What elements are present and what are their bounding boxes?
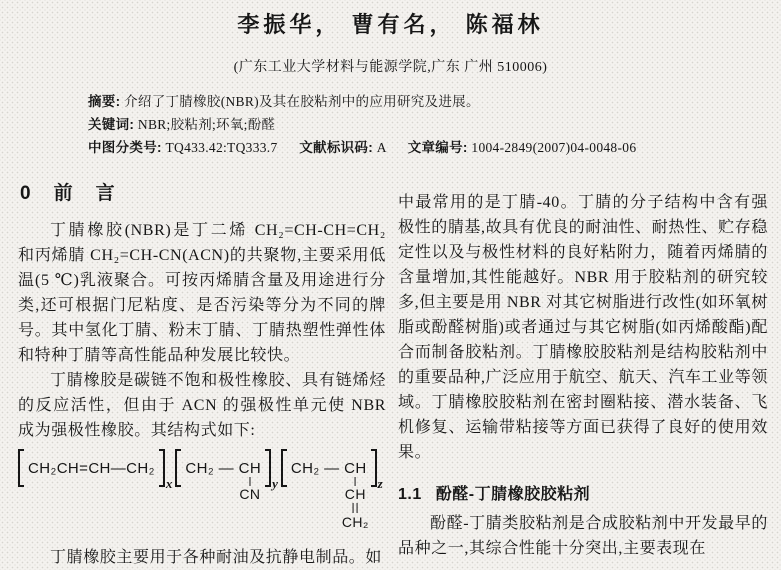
pendant-vinyl: CH CH₂ <box>342 477 369 530</box>
paragraph-intro-2: 丁腈橡胶是碳链不饱和极性橡胶、具有链烯烃的反应活性，但由于 ACN 的强极性单元… <box>18 368 386 443</box>
keywords-label: 关键词: <box>88 117 134 132</box>
nbr-structure-formula: CH₂CH=CH—CH₂ x CH₂ — CH CN <box>18 449 386 545</box>
formula-text: CH₂ — CH CN <box>181 460 265 477</box>
section-1-1-heading: 1.1酚醛-丁腈橡胶胶粘剂 <box>398 481 768 504</box>
section-number: 1.1 <box>398 486 422 503</box>
keywords-text: NBR;胶粘剂;环氧;酚醛 <box>138 117 275 132</box>
right-column: 中最常用的是丁腈-40。丁腈的分子结构中含有强极性的腈基,故具有优良的耐油性、耐… <box>398 190 768 561</box>
pendant-nitrile: CN <box>239 477 260 502</box>
paragraph-phenolic-nbr: 酚醛-丁腈类胶粘剂是合成胶粘剂中开发最早的品种之一,其综合性能十分突出,主要表现… <box>398 511 768 561</box>
doc-code-value: A <box>377 140 386 155</box>
subscript-z: z <box>378 476 383 492</box>
formula-ch: CH <box>239 460 261 477</box>
formula-text-left: CH₂ — <box>291 460 340 477</box>
double-bond <box>353 503 358 513</box>
formula-text: CH₂ — CH CH CH₂ <box>287 460 371 477</box>
abstract-text: 介绍了丁腈橡胶(NBR)及其在胶粘剂中的应用研究及进展。 <box>124 94 480 109</box>
paragraph-applications: 丁腈橡胶主要用于各种耐油及抗静电制品。如 <box>18 545 386 570</box>
pendant-cn: CN <box>239 486 260 502</box>
formula-unit-acrylonitrile: CH₂ — CH CN y <box>175 449 277 487</box>
formula-text: CH₂CH=CH—CH₂ <box>24 460 159 477</box>
scanned-paper-page: 李振华， 曹有名， 陈福林 (广东工业大学材料与能源学院,广东 广州 51000… <box>0 0 781 570</box>
formula-text-left: CH₂ — <box>185 460 234 477</box>
single-bond <box>355 477 356 486</box>
subscript-x: x <box>166 476 173 492</box>
pendant-ch2: CH₂ <box>342 514 369 530</box>
article-no-label: 文章编号: <box>408 140 468 155</box>
affiliation-line: (广东工业大学材料与能源学院,广东 广州 510006) <box>0 56 781 76</box>
clc-label: 中图分类号: <box>88 140 162 155</box>
formula-ch: CH <box>344 460 366 477</box>
doc-code-label: 文献标识码: <box>299 140 373 155</box>
paragraph-continued: 中最常用的是丁腈-40。丁腈的分子结构中含有强极性的腈基,故具有优良的耐油性、耐… <box>398 190 768 465</box>
meta-block: 摘要: 介绍了丁腈橡胶(NBR)及其在胶粘剂中的应用研究及进展。 关键词: NB… <box>88 90 731 159</box>
formula-unit-butadiene: CH₂CH=CH—CH₂ x <box>18 449 172 487</box>
left-column: 0 前 言 丁腈橡胶(NBR)是丁二烯 CH₂=CH-CH=CH₂ 和丙烯腈 C… <box>18 178 386 570</box>
ch-with-pendant: CH CH CH₂ <box>344 460 366 477</box>
article-no-value: 1004-2849(2007)04-0048-06 <box>471 140 636 155</box>
paragraph-intro-1: 丁腈橡胶(NBR)是丁二烯 CH₂=CH-CH=CH₂ 和丙烯腈 CH₂=CH-… <box>18 218 386 368</box>
bracket-right <box>159 449 165 487</box>
clc-value: TQ433.42:TQ333.7 <box>165 140 277 155</box>
bracket-right <box>371 449 377 487</box>
keywords-line: 关键词: NBR;胶粘剂;环氧;酚醛 <box>88 113 731 136</box>
section-title: 酚醛-丁腈橡胶胶粘剂 <box>436 486 590 503</box>
abstract-line: 摘要: 介绍了丁腈橡胶(NBR)及其在胶粘剂中的应用研究及进展。 <box>88 90 731 113</box>
authors-line: 李振华， 曹有名， 陈福林 <box>0 8 781 39</box>
bracket-right <box>265 449 271 487</box>
ch-with-pendant: CH CN <box>239 460 261 477</box>
formula-unit-vinyl: CH₂ — CH CH CH₂ z <box>281 449 383 487</box>
classification-line: 中图分类号: TQ433.42:TQ333.7 文献标识码: A 文章编号: 1… <box>88 136 731 159</box>
pendant-ch: CH <box>345 486 366 502</box>
abstract-label: 摘要: <box>88 94 120 109</box>
section-0-heading: 0 前 言 <box>20 178 386 205</box>
single-bond <box>249 477 250 486</box>
subscript-y: y <box>272 476 278 492</box>
